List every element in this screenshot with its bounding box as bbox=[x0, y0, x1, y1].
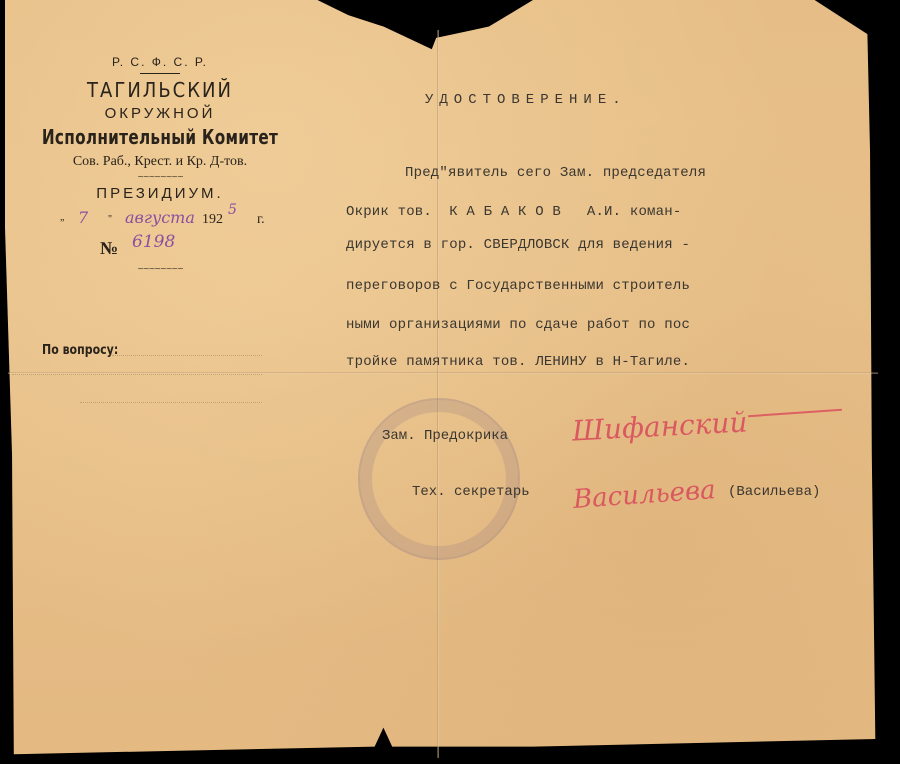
document-title: УДОСТОВЕРЕНИЕ. bbox=[425, 92, 627, 108]
letterhead: Р. С. Ф. С. Р. ТАГИЛЬСКИЙ ОКРУЖНОЙ Испол… bbox=[20, 55, 300, 275]
signature-role-secretary: Тех. секретарь bbox=[412, 484, 530, 500]
ornament-divider: ~~~~~~~~ bbox=[20, 172, 300, 181]
subject-label: По вопросу: bbox=[42, 342, 118, 358]
presidium-heading: ПРЕЗИДИУМ. bbox=[20, 185, 300, 202]
secretary-name: (Васильева) bbox=[728, 484, 820, 500]
rule-divider bbox=[140, 73, 180, 74]
number-handwritten: 6198 bbox=[132, 232, 175, 252]
official-stamp bbox=[358, 398, 520, 560]
body-line: Пред"явитель сего Зам. председателя bbox=[405, 165, 706, 181]
subject-dotted-line bbox=[112, 355, 262, 356]
document-scan: Р. С. Ф. С. Р. ТАГИЛЬСКИЙ ОКРУЖНОЙ Испол… bbox=[0, 0, 900, 764]
date-year-printed: 192 bbox=[202, 212, 223, 228]
district-heading: ОКРУЖНОЙ bbox=[20, 105, 300, 122]
date-open-quote: „ bbox=[60, 212, 64, 223]
date-day-handwritten: 7 bbox=[78, 208, 88, 227]
body-line: дируется в гор. СВЕРДЛОВСК для ведения - bbox=[346, 237, 690, 253]
date-month-handwritten: августа bbox=[125, 208, 195, 227]
republic-label: Р. С. Ф. С. Р. bbox=[20, 55, 300, 69]
date-year-suffix: г. bbox=[257, 212, 265, 228]
subject-dotted-line bbox=[80, 402, 262, 403]
vertical-fold-line bbox=[437, 30, 439, 758]
document-number: № 6198 bbox=[20, 236, 300, 262]
body-line: переговоров с Государственными строитель bbox=[346, 278, 690, 294]
city-heading: ТАГИЛЬСКИЙ bbox=[20, 78, 300, 102]
date-close-quote: " bbox=[108, 214, 112, 225]
ornament-divider-lower: ~~~~~~~~ bbox=[20, 264, 300, 273]
body-line: Окрик тов. К А Б А К О В А.И. коман- bbox=[346, 204, 681, 220]
signature-role-deputy: Зам. Предокрика bbox=[382, 428, 508, 444]
subject-dotted-line bbox=[12, 374, 262, 375]
body-line: тройке памятника тов. ЛЕНИНУ в Н-Тагиле. bbox=[346, 354, 690, 370]
issue-date: „ 7 " августа 192 5 г. bbox=[20, 210, 300, 232]
committee-heading: Исполнительный Комитет bbox=[34, 126, 286, 150]
body-line: ными организациями по сдаче работ по пос bbox=[346, 317, 690, 333]
number-sign: № bbox=[100, 238, 118, 259]
soviet-subtitle: Сов. Раб., Крест. и Кр. Д-тов. bbox=[20, 154, 300, 170]
date-year-handwritten: 5 bbox=[228, 202, 237, 218]
